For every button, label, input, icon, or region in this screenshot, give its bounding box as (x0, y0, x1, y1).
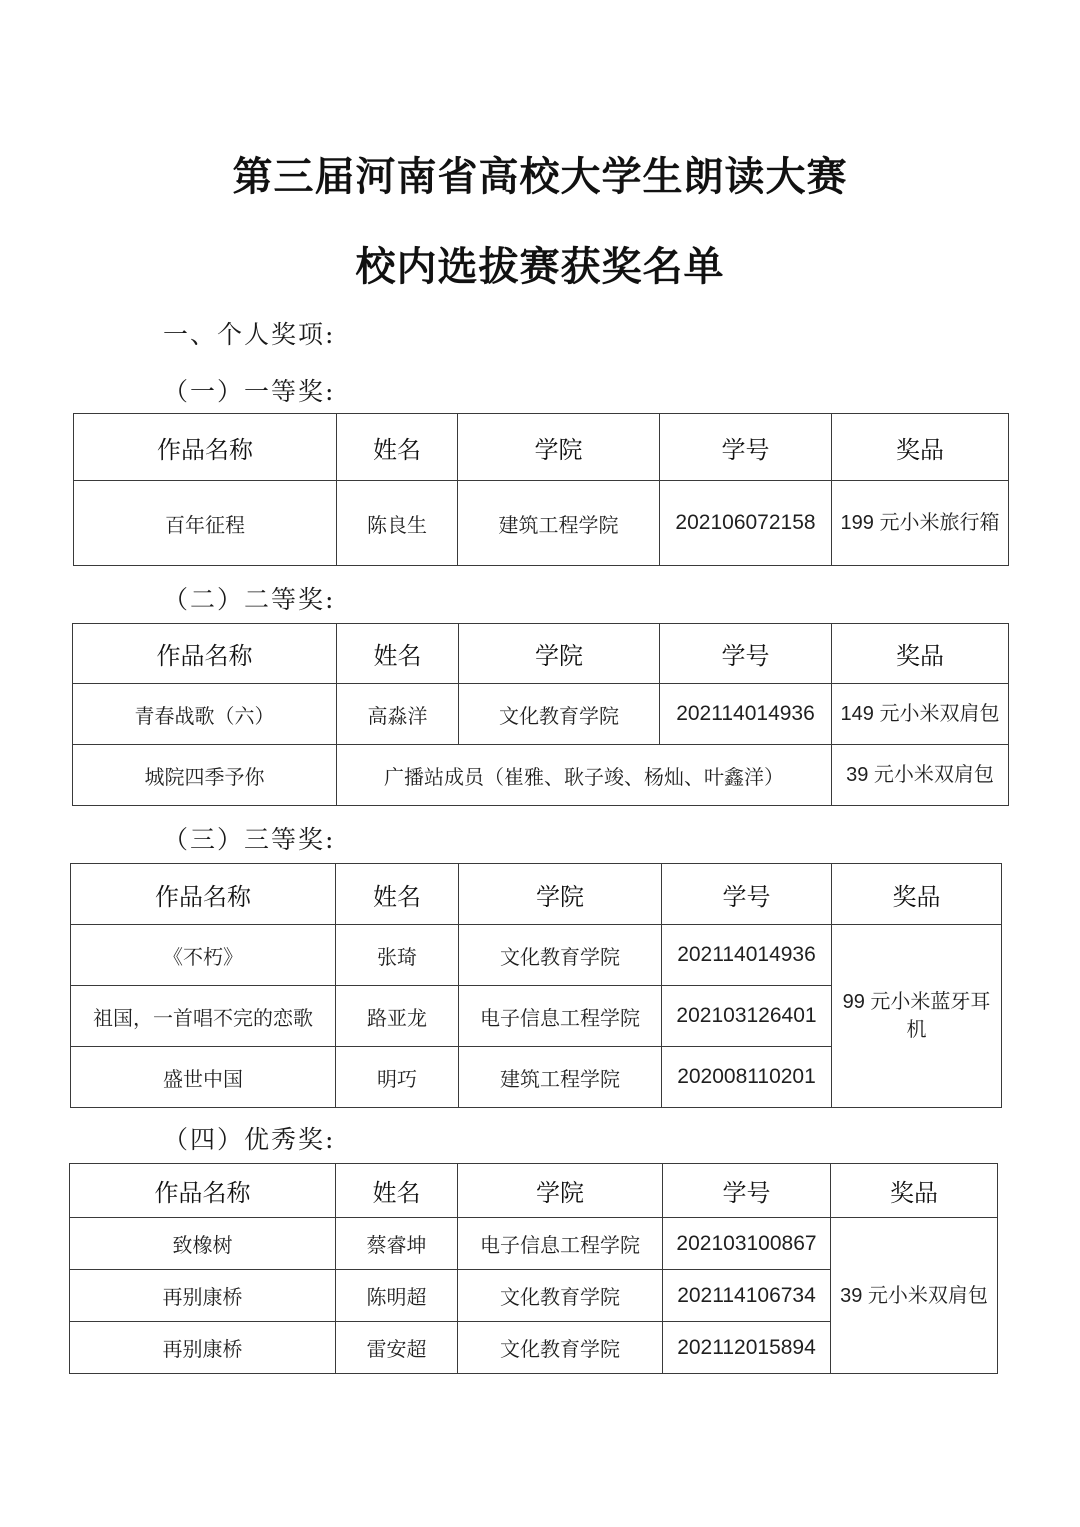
table-header-row: 作品名称 姓名 学院 学号 奖品 (70, 1164, 998, 1218)
name-cell: 蔡睿坤 (336, 1218, 458, 1270)
work-cell: 致橡树 (70, 1218, 336, 1270)
table-header-row: 作品名称 姓名 学院 学号 奖品 (71, 864, 1002, 925)
id-cell: 202008110201 (662, 1047, 832, 1108)
prize-cell: 39 元小米双肩包 (831, 1218, 998, 1374)
col-prize: 奖品 (832, 624, 1009, 684)
work-cell: 再别康桥 (70, 1270, 336, 1322)
col-id: 学号 (662, 864, 832, 925)
second-prize-table: 作品名称 姓名 学院 学号 奖品 青春战歌（六） 高淼洋 文化教育学院 2021… (72, 623, 1009, 806)
name-cell: 路亚龙 (336, 986, 459, 1047)
col-prize: 奖品 (832, 864, 1002, 925)
col-id: 学号 (663, 1164, 831, 1218)
col-work: 作品名称 (70, 1164, 336, 1218)
college-cell: 电子信息工程学院 (458, 1218, 663, 1270)
prize-cell: 199 元小米旅行箱 (832, 481, 1009, 566)
id-cell: 202114014936 (660, 684, 832, 745)
excellence-prize-heading: （四）优秀奖: (163, 1120, 335, 1156)
col-name: 姓名 (337, 624, 459, 684)
third-prize-heading: （三）三等奖: (163, 820, 335, 856)
work-cell: 青春战歌（六） (73, 684, 337, 745)
col-id: 学号 (660, 414, 832, 481)
college-cell: 建筑工程学院 (458, 481, 660, 566)
third-prize-table: 作品名称 姓名 学院 学号 奖品 《不朽》 张琦 文化教育学院 20211401… (70, 863, 1002, 1108)
work-cell: 《不朽》 (71, 925, 336, 986)
col-prize: 奖品 (832, 414, 1009, 481)
table-row: 致橡树 蔡睿坤 电子信息工程学院 202103100867 39 元小米双肩包 (70, 1218, 998, 1270)
name-cell: 明巧 (336, 1047, 459, 1108)
prize-cell: 99 元小米蓝牙耳机 (832, 925, 1002, 1108)
first-prize-heading: （一）一等奖: (163, 372, 335, 408)
col-name: 姓名 (336, 864, 459, 925)
first-prize-table: 作品名称 姓名 学院 学号 奖品 百年征程 陈良生 建筑工程学院 2021060… (73, 413, 1009, 566)
col-name: 姓名 (337, 414, 458, 481)
second-prize-heading: （二）二等奖: (163, 580, 335, 616)
work-cell: 盛世中国 (71, 1047, 336, 1108)
prize-cell: 39 元小米双肩包 (832, 745, 1009, 806)
table-row: 《不朽》 张琦 文化教育学院 202114014936 99 元小米蓝牙耳机 (71, 925, 1002, 986)
college-cell: 文化教育学院 (458, 1322, 663, 1374)
document-title: 第三届河南省高校大学生朗读大赛 (0, 145, 1080, 202)
id-cell: 202114014936 (662, 925, 832, 986)
id-cell: 202112015894 (663, 1322, 831, 1374)
name-cell: 陈良生 (337, 481, 458, 566)
id-cell: 202103126401 (662, 986, 832, 1047)
id-cell: 202103100867 (663, 1218, 831, 1270)
table-header-row: 作品名称 姓名 学院 学号 奖品 (74, 414, 1009, 481)
col-work: 作品名称 (73, 624, 337, 684)
prize-cell: 149 元小米双肩包 (832, 684, 1009, 745)
excellence-prize-table: 作品名称 姓名 学院 学号 奖品 致橡树 蔡睿坤 电子信息工程学院 202103… (69, 1163, 998, 1374)
col-id: 学号 (660, 624, 832, 684)
id-cell: 202114106734 (663, 1270, 831, 1322)
college-cell: 建筑工程学院 (459, 1047, 662, 1108)
table-row: 百年征程 陈良生 建筑工程学院 202106072158 199 元小米旅行箱 (74, 481, 1009, 566)
col-college: 学院 (458, 1164, 663, 1218)
name-cell: 高淼洋 (337, 684, 459, 745)
college-cell: 文化教育学院 (458, 1270, 663, 1322)
document-subtitle: 校内选拔赛获奖名单 (0, 235, 1080, 292)
col-work: 作品名称 (74, 414, 337, 481)
table-row: 青春战歌（六） 高淼洋 文化教育学院 202114014936 149 元小米双… (73, 684, 1009, 745)
col-prize: 奖品 (831, 1164, 998, 1218)
table-row: 城院四季予你 广播站成员（崔雅、耿子竣、杨灿、叶鑫洋） 39 元小米双肩包 (73, 745, 1009, 806)
work-cell: 再别康桥 (70, 1322, 336, 1374)
col-college: 学院 (459, 864, 662, 925)
name-cell: 陈明超 (336, 1270, 458, 1322)
college-cell: 文化教育学院 (459, 684, 660, 745)
table-header-row: 作品名称 姓名 学院 学号 奖品 (73, 624, 1009, 684)
col-college: 学院 (459, 624, 660, 684)
college-cell: 电子信息工程学院 (459, 986, 662, 1047)
col-name: 姓名 (336, 1164, 458, 1218)
id-cell: 202106072158 (660, 481, 832, 566)
college-cell: 文化教育学院 (459, 925, 662, 986)
group-members-cell: 广播站成员（崔雅、耿子竣、杨灿、叶鑫洋） (337, 745, 832, 806)
work-cell: 百年征程 (74, 481, 337, 566)
section-heading-individual: 一、个人奖项: (163, 315, 335, 351)
work-cell: 城院四季予你 (73, 745, 337, 806)
col-work: 作品名称 (71, 864, 336, 925)
name-cell: 雷安超 (336, 1322, 458, 1374)
col-college: 学院 (458, 414, 660, 481)
work-cell: 祖国，一首唱不完的恋歌 (71, 986, 336, 1047)
name-cell: 张琦 (336, 925, 459, 986)
